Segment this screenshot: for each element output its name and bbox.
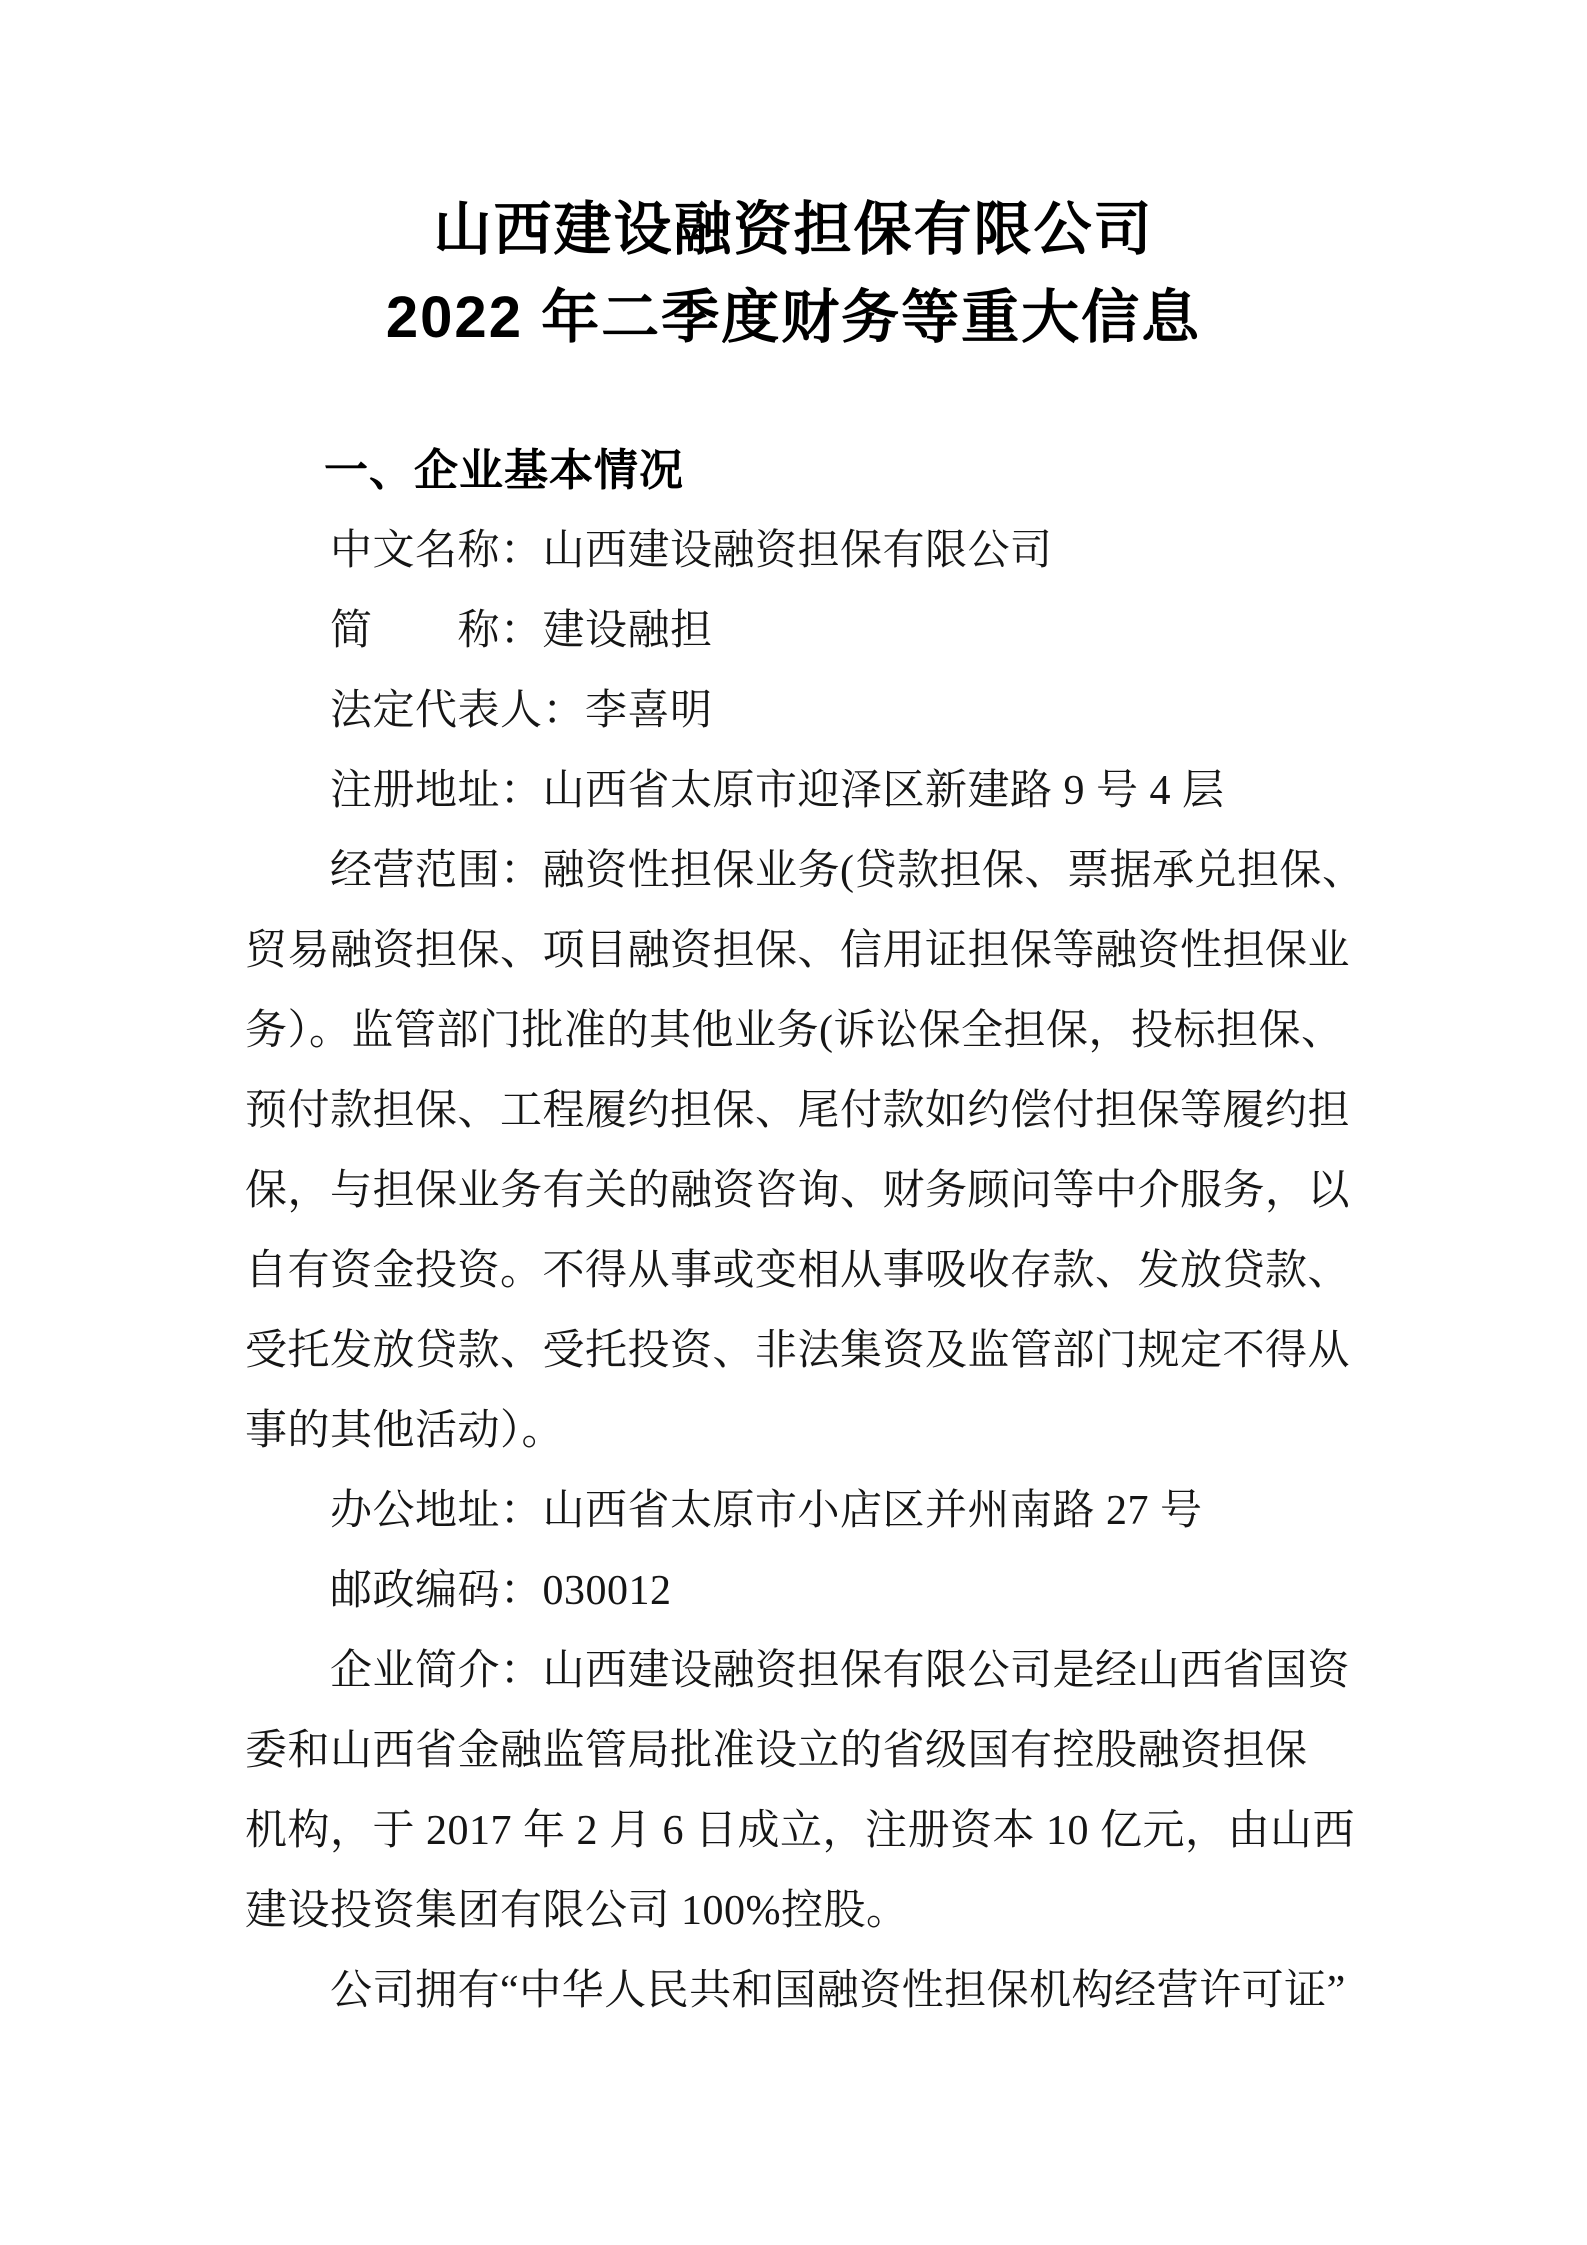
line-license-statement: 公司拥有“中华人民共和国融资性担保机构经营许可证”	[245, 1951, 1360, 2031]
document-body: 中文名称：山西建设融资担保有限公司 简 称：建设融担 法定代表人：李喜明 注册地…	[245, 511, 1360, 2031]
line-company-profile-1: 企业简介：山西建设融资担保有限公司是经山西省国资	[245, 1631, 1360, 1711]
line-business-scope-4: 预付款担保、工程履约担保、尾付款如约偿付担保等履约担	[245, 1071, 1360, 1151]
line-business-scope-5: 保，与担保业务有关的融资咨询、财务顾问等中介服务，以	[245, 1151, 1360, 1231]
line-company-profile-2: 委和山西省金融监管局批准设立的省级国有控股融资担保	[245, 1711, 1360, 1791]
document-title: 山西建设融资担保有限公司 2022 年二季度财务等重大信息	[0, 186, 1587, 362]
line-business-scope-6: 自有资金投资。不得从事或变相从事吸收存款、发放贷款、	[245, 1231, 1360, 1311]
line-legal-representative: 法定代表人：李喜明	[245, 671, 1360, 751]
line-company-profile-4: 建设投资集团有限公司 100%控股。	[245, 1871, 1360, 1951]
line-short-name: 简 称：建设融担	[245, 591, 1360, 671]
line-business-scope-8: 事的其他活动）。	[245, 1391, 1360, 1471]
line-business-scope-2: 贸易融资担保、项目融资担保、信用证担保等融资性担保业	[245, 911, 1360, 991]
line-business-scope-7: 受托发放贷款、受托投资、非法集资及监管部门规定不得从	[245, 1311, 1360, 1391]
document-page: 山西建设融资担保有限公司 2022 年二季度财务等重大信息 一、企业基本情况 中…	[0, 0, 1587, 2245]
document-title-line-1: 山西建设融资担保有限公司	[0, 186, 1587, 274]
line-registered-address: 注册地址：山西省太原市迎泽区新建路 9 号 4 层	[245, 751, 1360, 831]
line-postal-code: 邮政编码：030012	[245, 1551, 1360, 1631]
section-heading-basic-info: 一、企业基本情况	[324, 443, 684, 499]
line-business-scope-1: 经营范围：融资性担保业务(贷款担保、票据承兑担保、	[245, 831, 1360, 911]
document-title-line-2: 2022 年二季度财务等重大信息	[0, 274, 1587, 362]
line-chinese-name: 中文名称：山西建设融资担保有限公司	[245, 511, 1360, 591]
line-office-address: 办公地址：山西省太原市小店区并州南路 27 号	[245, 1471, 1360, 1551]
line-company-profile-3: 机构，于 2017 年 2 月 6 日成立，注册资本 10 亿元，由山西	[245, 1791, 1360, 1871]
line-business-scope-3: 务）。监管部门批准的其他业务(诉讼保全担保，投标担保、	[245, 991, 1360, 1071]
